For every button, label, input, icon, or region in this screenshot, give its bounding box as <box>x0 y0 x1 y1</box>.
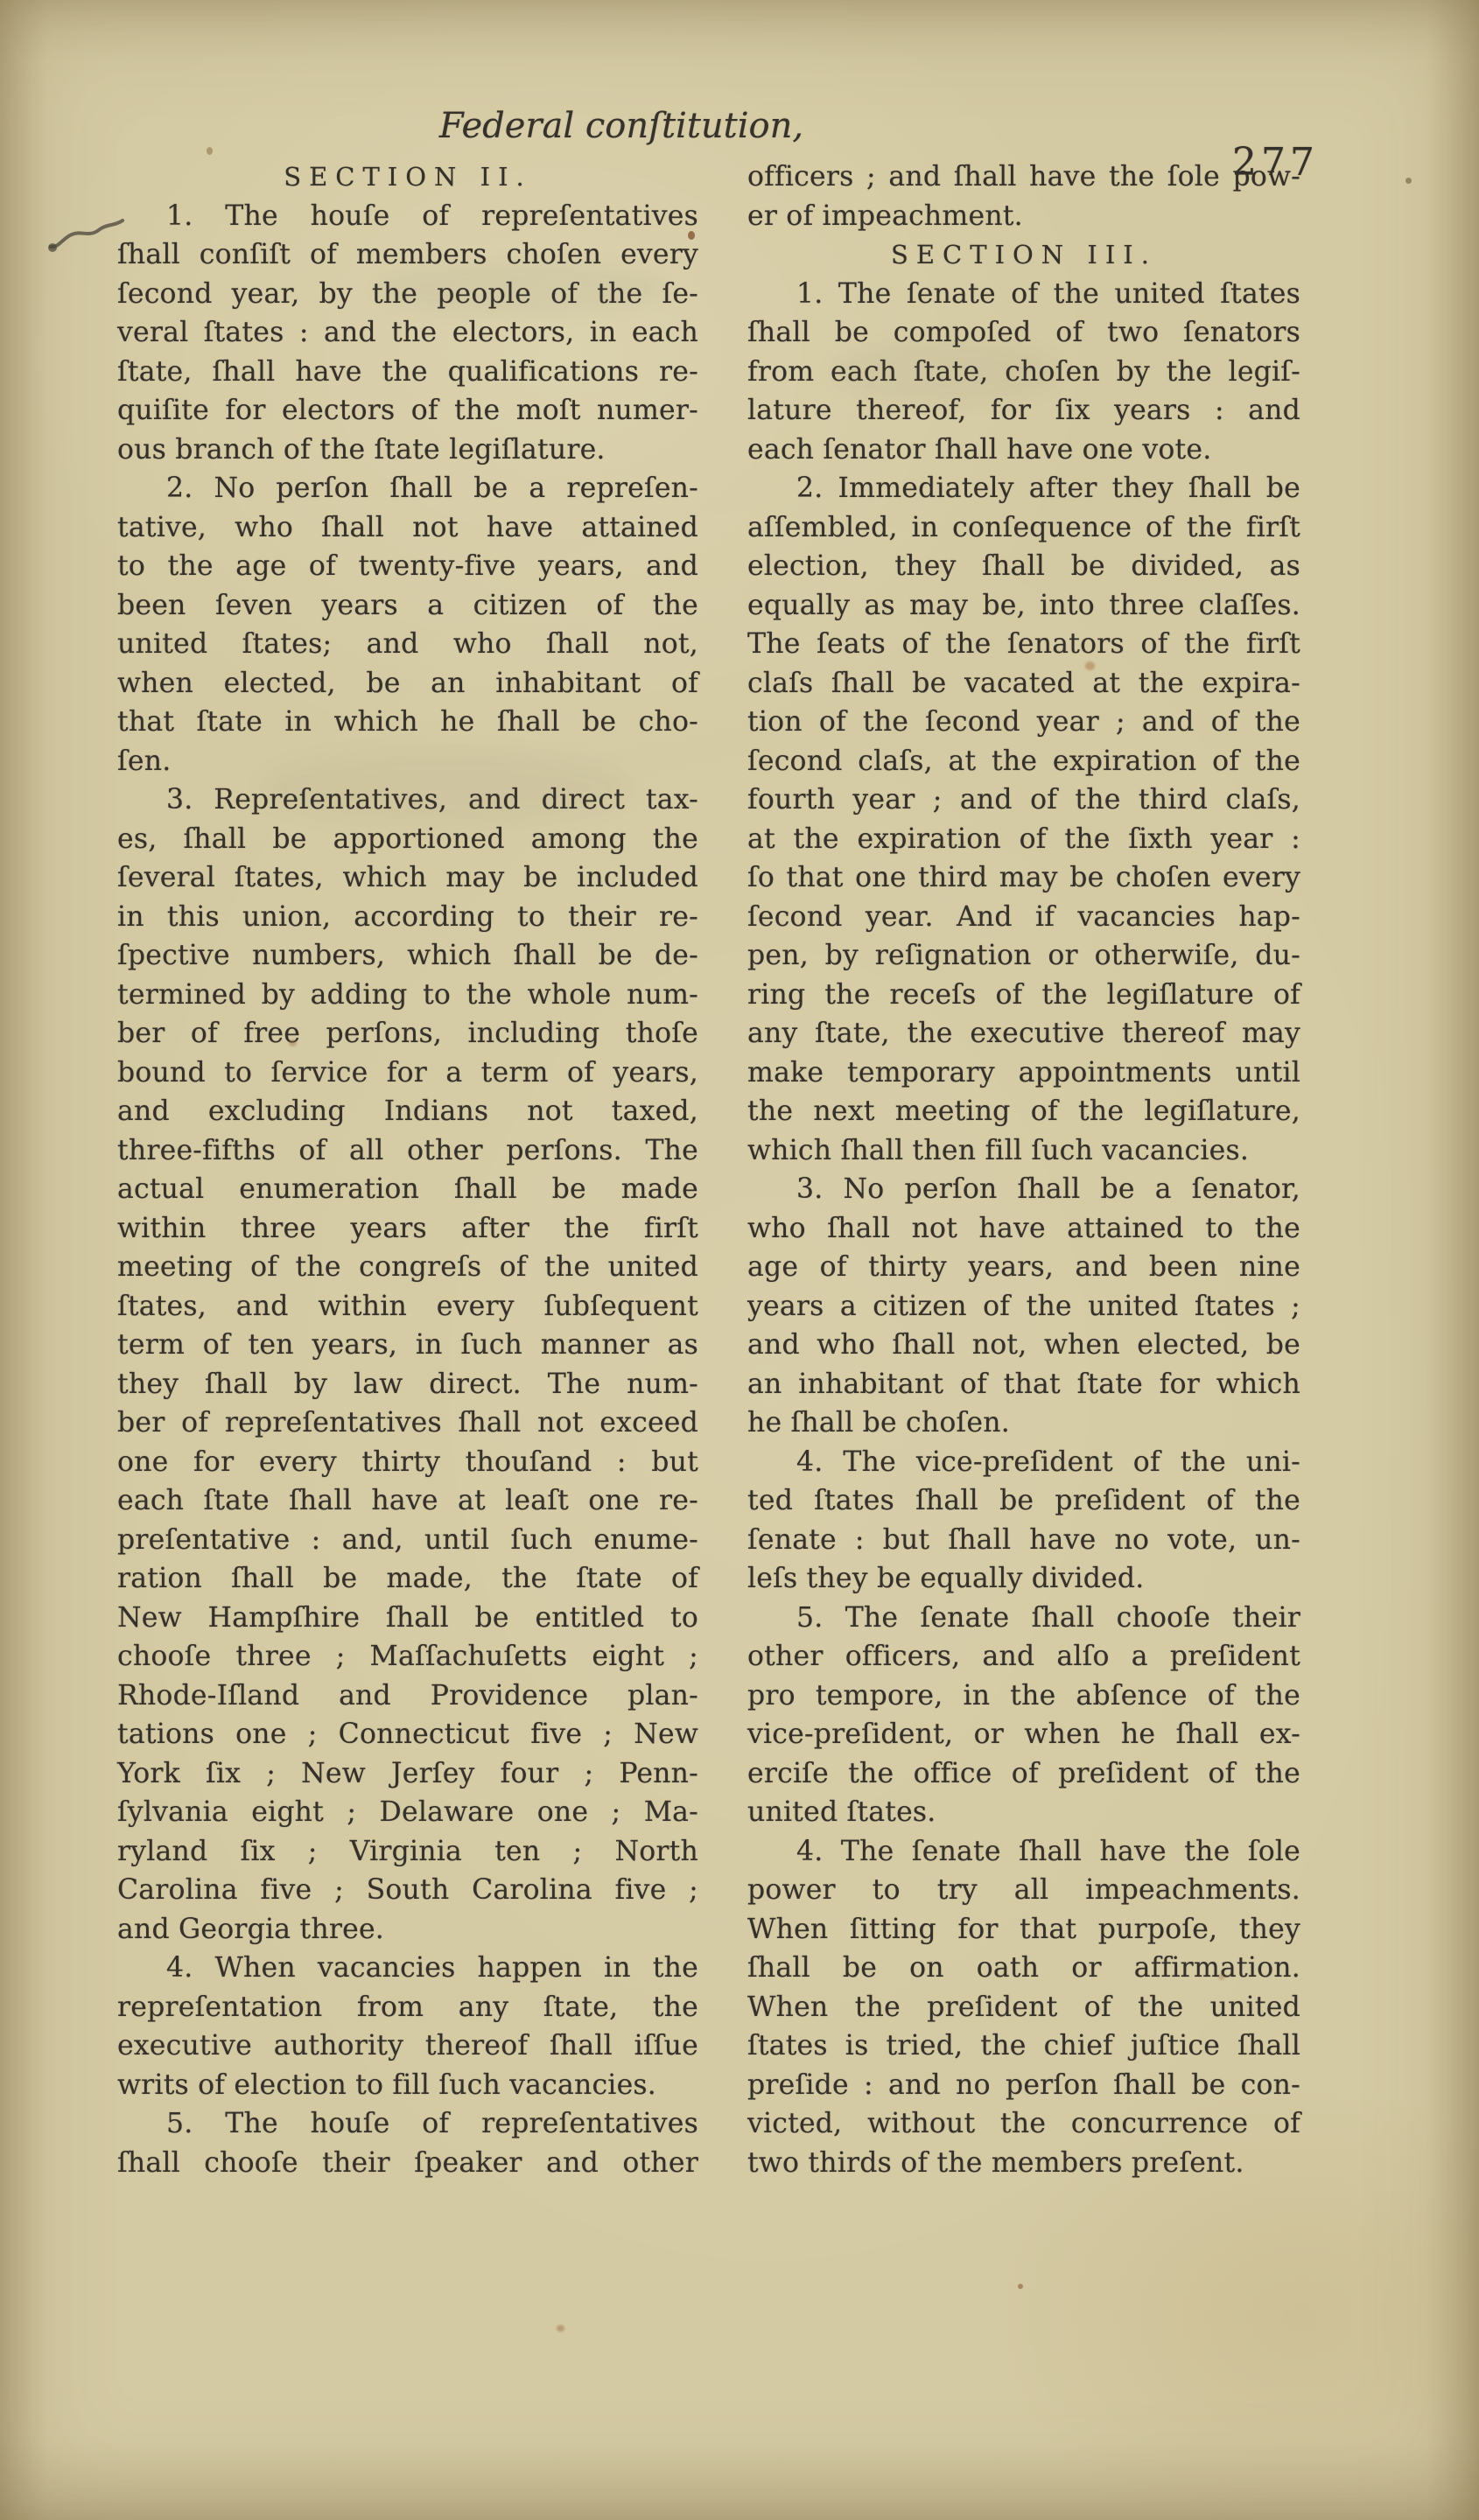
book-page: Federal conſtitution, 277 SECTION II.1. … <box>0 0 1479 2520</box>
ink-smudge <box>46 208 130 255</box>
paper-speck <box>1405 178 1412 184</box>
paper-speck <box>1218 1974 1225 1980</box>
paper-speck <box>1018 2284 1023 2289</box>
paper-speck <box>289 1039 297 1046</box>
text-line: ſecond claſs, at the expiration of the <box>747 742 1300 781</box>
text-line: ſhall chooſe their ſpeaker and other <box>117 2144 698 2183</box>
text-line: erciſe the office of preſident of the <box>747 1754 1300 1794</box>
text-line: they ſhall by law direct. The num- <box>117 1365 698 1404</box>
text-line: aſſembled, in conſequence of the firſt <box>747 508 1300 548</box>
text-line: election, they ſhall be divided, as <box>747 547 1300 586</box>
text-line: 2. Immediately after they ſhall be <box>747 469 1300 508</box>
text-line: veral ſtates : and the electors, in each <box>117 313 698 353</box>
text-line: preſide : and no perſon ſhall be con- <box>747 2066 1300 2105</box>
text-line: The ſeats of the ſenators of the firſt <box>747 625 1300 664</box>
text-line: ted ſtates ſhall be preſident of the <box>747 1481 1300 1521</box>
text-line: ſecond year, by the people of the ſe- <box>117 275 698 314</box>
text-line: 4. The ſenate ſhall have the ſole <box>747 1832 1300 1872</box>
text-line: executive authority thereof ſhall iſſue <box>117 2026 698 2066</box>
text-line: any ſtate, the executive thereof may <box>747 1014 1300 1053</box>
text-line: ſecond year. And if vacancies hap- <box>747 898 1300 937</box>
text-line: ſeveral ſtates, which may be included <box>117 858 698 898</box>
text-line: lature thereof, for ſix years : and <box>747 391 1300 430</box>
text-line: ring the receſs of the legiſlature of <box>747 976 1300 1015</box>
text-line: each ſenator ſhall have one vote. <box>747 430 1300 470</box>
text-line: that ſtate in which he ſhall be cho- <box>117 703 698 742</box>
text-line: from each ſtate, choſen by the legiſ- <box>747 353 1300 392</box>
text-line: three-fifths of all other perſons. The <box>117 1131 698 1171</box>
text-line: each ſtate ſhall have at leaſt one re- <box>117 1481 698 1521</box>
text-line: officers ; and ſhall have the ſole pow- <box>747 157 1300 197</box>
text-line: ſpective numbers, which ſhall be de- <box>117 936 698 976</box>
text-line: 4. The vice-preſident of the uni- <box>747 1443 1300 1482</box>
text-line: ſhall be on oath or affirmation. <box>747 1949 1300 1988</box>
text-line: 5. The houſe of repreſentatives <box>117 2104 698 2144</box>
text-line: he ſhall be choſen. <box>747 1403 1300 1443</box>
text-line: leſs they be equally divided. <box>747 1559 1300 1599</box>
text-line: at the expiration of the ſixth year : <box>747 820 1300 859</box>
paper-speck <box>557 2325 564 2332</box>
text-line: age of thirty years, and been nine <box>747 1248 1300 1287</box>
right-column: officers ; and ſhall have the ſole pow-e… <box>747 157 1300 2182</box>
text-line: tations one ; Connecticut five ; New <box>117 1715 698 1754</box>
text-line: power to try all impeachments. <box>747 1871 1300 1910</box>
text-line: New Hampſhire ſhall be entitled to <box>117 1599 698 1638</box>
paper-speck <box>1085 661 1095 670</box>
text-line: vice-preſident, or when he ſhall ex- <box>747 1715 1300 1754</box>
text-line: ſen. <box>117 742 698 781</box>
section-heading: SECTION III. <box>747 235 1300 275</box>
text-line: two thirds of the members preſent. <box>747 2144 1300 2183</box>
text-line: 1. The houſe of repreſentatives <box>117 197 698 236</box>
text-line: within three years after the firſt <box>117 1209 698 1249</box>
text-line: When ſitting for that purpoſe, they <box>747 1910 1300 1949</box>
text-line: ſtates, and within every ſubſequent <box>117 1287 698 1326</box>
text-line: chooſe three ; Maſſachuſetts eight ; <box>117 1637 698 1676</box>
text-line: When the preſident of the united <box>747 1988 1300 2027</box>
text-line: 3. No perſon ſhall be a ſenator, <box>747 1170 1300 1209</box>
text-line: and excluding Indians not taxed, <box>117 1092 698 1131</box>
text-line: preſentative : and, until ſuch enume- <box>117 1521 698 1560</box>
text-line: ration ſhall be made, the ſtate of <box>117 1559 698 1599</box>
text-line: ber of repreſentatives ſhall not exceed <box>117 1403 698 1443</box>
paper-speck <box>688 231 695 240</box>
text-line: victed, without the concurrence of <box>747 2104 1300 2144</box>
text-line: pen, by reſignation or otherwiſe, du- <box>747 936 1300 976</box>
text-line: pro tempore, in the abſence of the <box>747 1676 1300 1716</box>
text-line: ſhall conſiſt of members choſen every <box>117 235 698 275</box>
text-line: to the age of twenty-five years, and <box>117 547 698 586</box>
text-line: united ſtates. <box>747 1793 1300 1832</box>
text-line: make temporary appointments until <box>747 1053 1300 1093</box>
text-line: er of impeachment. <box>747 197 1300 236</box>
text-line: repreſentation from any ſtate, the <box>117 1988 698 2027</box>
text-line: and who ſhall not, when elected, be <box>747 1326 1300 1365</box>
text-line: been ſeven years a citizen of the <box>117 586 698 626</box>
text-line: term of ten years, in ſuch manner as <box>117 1326 698 1365</box>
text-line: claſs ſhall be vacated at the expira- <box>747 664 1300 703</box>
text-line: 4. When vacancies happen in the <box>117 1949 698 1988</box>
text-line: York ſix ; New Jerſey four ; Penn- <box>117 1754 698 1794</box>
text-line: ſylvania eight ; Delaware one ; Ma- <box>117 1793 698 1832</box>
text-line: united ſtates; and who ſhall not, <box>117 625 698 664</box>
text-line: Carolina five ; South Carolina five ; <box>117 1871 698 1910</box>
text-line: ſtate, ſhall have the qualifications re- <box>117 353 698 392</box>
left-column: SECTION II.1. The houſe of repreſentativ… <box>117 157 698 2182</box>
text-line: and Georgia three. <box>117 1910 698 1949</box>
text-line: quiſite for electors of the moſt numer- <box>117 391 698 430</box>
text-line: ſo that one third may be choſen every <box>747 858 1300 898</box>
text-line: es, ſhall be apportioned among the <box>117 820 698 859</box>
text-line: the next meeting of the legiſlature, <box>747 1092 1300 1131</box>
paper-speck <box>207 147 213 155</box>
text-line: ſtates is tried, the chief juſtice ſhall <box>747 2026 1300 2066</box>
text-line: meeting of the congreſs of the united <box>117 1248 698 1287</box>
running-head-title: Federal conſtitution, <box>420 103 823 149</box>
text-line: 3. Repreſentatives, and direct tax- <box>117 780 698 820</box>
text-line: ſhall be compoſed of two ſenators <box>747 313 1300 353</box>
text-line: years a citizen of the united ſtates ; <box>747 1287 1300 1326</box>
text-line: an inhabitant of that ſtate for which <box>747 1365 1300 1404</box>
text-line: ber of free perſons, including thoſe <box>117 1014 698 1053</box>
text-line: fourth year ; and of the third claſs, <box>747 780 1300 820</box>
text-line: 1. The ſenate of the united ſtates <box>747 275 1300 314</box>
text-line: in this union, according to their re- <box>117 898 698 937</box>
text-line: 2. No perſon ſhall be a repreſen- <box>117 469 698 508</box>
text-line: ous branch of the ſtate legiſlature. <box>117 430 698 470</box>
text-line: ſenate : but ſhall have no vote, un- <box>747 1521 1300 1560</box>
text-line: when elected, be an inhabitant of <box>117 664 698 703</box>
text-line: tative, who ſhall not have attained <box>117 508 698 548</box>
text-line: other officers, and alſo a preſident <box>747 1637 1300 1676</box>
text-line: writs of election to fill ſuch vacancies… <box>117 2066 698 2105</box>
text-line: 5. The ſenate ſhall chooſe their <box>747 1599 1300 1638</box>
text-line: bound to ſervice for a term of years, <box>117 1053 698 1093</box>
text-line: termined by adding to the whole num- <box>117 976 698 1015</box>
text-line: who ſhall not have attained to the <box>747 1209 1300 1249</box>
section-heading: SECTION II. <box>117 157 698 197</box>
text-line: tion of the ſecond year ; and of the <box>747 703 1300 742</box>
text-line: one for every thirty thouſand : but <box>117 1443 698 1482</box>
text-line: equally as may be, into three claſſes. <box>747 586 1300 626</box>
text-line: Rhode-Iſland and Providence plan- <box>117 1676 698 1716</box>
text-line: actual enumeration ſhall be made <box>117 1170 698 1209</box>
text-line: which ſhall then fill ſuch vacancies. <box>747 1131 1300 1171</box>
text-line: ryland ſix ; Virginia ten ; North <box>117 1832 698 1872</box>
